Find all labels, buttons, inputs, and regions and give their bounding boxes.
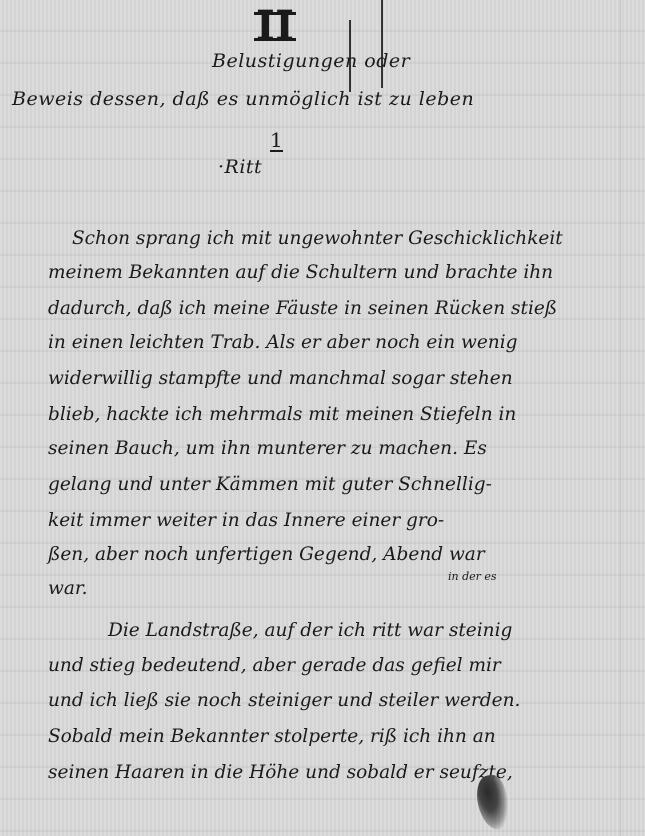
- text-line: Sobald mein Bekannter stolperte, riß ich…: [48, 726, 496, 747]
- text-line: Schon sprang ich mit ungewohnter Geschic…: [72, 228, 563, 249]
- text-line: war.: [48, 578, 88, 599]
- text-line: seinen Bauch, um ihn munterer zu machen.…: [48, 438, 487, 459]
- text-line: Die Landstraße, auf der ich ritt war ste…: [108, 620, 512, 641]
- text-line: seinen Haaren in die Höhe und sobald er …: [48, 762, 513, 783]
- title-line-1: Belustigungen oder: [212, 50, 410, 72]
- text-line: dadurch, daß ich meine Fäuste in seinen …: [48, 298, 557, 319]
- title-line-2: Beweis dessen, daß es unmöglich ist zu l…: [12, 88, 474, 110]
- text-line: in einen leichten Trab. Als er aber noch…: [48, 332, 517, 353]
- text-line: und ich ließ sie noch steiniger und stei…: [48, 690, 520, 711]
- chapter-title: ·Ritt: [218, 156, 262, 178]
- text-line: widerwillig stampfte und manchmal sogar …: [48, 368, 513, 389]
- text-line: blieb, hackte ich mehrmals mit meinen St…: [48, 404, 516, 425]
- text-line: und stieg bedeutend, aber gerade das gef…: [48, 655, 501, 676]
- section-numeral: II: [256, 2, 294, 49]
- interlinear-insertion: in der es: [448, 570, 497, 583]
- margin-stroke: [381, 0, 383, 88]
- text-line: keit immer weiter in das Innere einer gr…: [48, 510, 444, 531]
- text-line: gelang und unter Kämmen mit guter Schnel…: [48, 474, 492, 495]
- text-line: ßen, aber noch unfertigen Gegend, Abend …: [48, 544, 485, 565]
- text-line: meinem Bekannten auf die Schultern und b…: [48, 262, 553, 283]
- chapter-number: 1: [270, 128, 283, 152]
- manuscript-page: II Belustigungen oder Beweis dessen, daß…: [0, 0, 645, 836]
